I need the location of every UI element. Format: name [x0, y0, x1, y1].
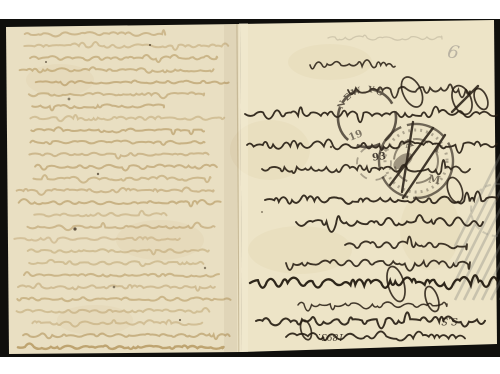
letter-address-page — [240, 20, 497, 352]
handwriting-fragment-year: 1893. — [318, 331, 344, 341]
postmark-93-text: 93 — [372, 151, 387, 164]
auction-photo-page: NEW YO 19 A T M 93 6 S.S. 1893. — [0, 0, 500, 374]
handwriting-fragment-ss: S.S. — [438, 315, 457, 326]
postcard-photo: NEW YO 19 A T M 93 6 S.S. 1893. — [0, 0, 500, 374]
postmark-duplex-letter-m: M — [427, 172, 441, 187]
center-fold-seam — [224, 23, 248, 352]
